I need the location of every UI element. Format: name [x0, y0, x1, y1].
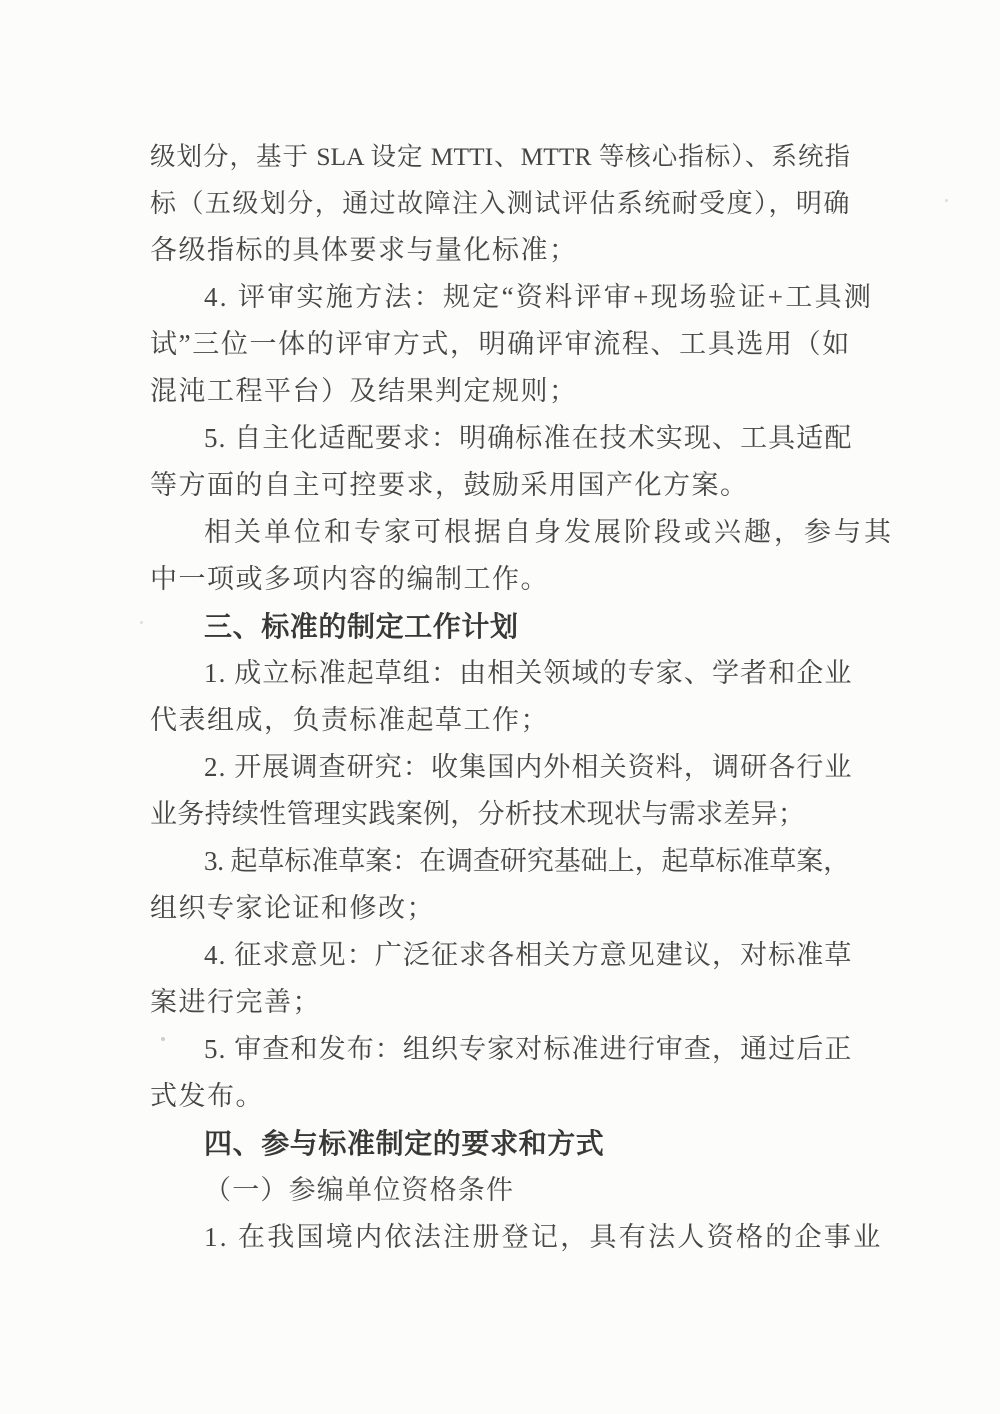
text-line: 5. 自主化适配要求：明确标准在技术实现、工具适配: [150, 415, 850, 462]
scan-speck: [140, 621, 143, 624]
text-line: 2. 开展调查研究：收集国内外相关资料，调研各行业: [150, 744, 850, 791]
text-line: 中一项或多项内容的编制工作。: [150, 556, 850, 603]
text-line: 各级指标的具体要求与量化标准；: [150, 227, 850, 274]
text-line: 1. 成立标准起草组：由相关领域的专家、学者和企业: [150, 650, 850, 697]
text-line: 等方面的自主可控要求，鼓励采用国产化方案。: [150, 462, 850, 509]
text-line: 案进行完善；: [150, 979, 850, 1026]
text-line: 混沌工程平台）及结果判定规则；: [150, 368, 850, 415]
text-line: 组织专家论证和修改；: [150, 885, 850, 932]
subsection-heading: （一）参编单位资格条件: [150, 1167, 850, 1214]
text-line: 相关单位和专家可根据自身发展阶段或兴趣，参与其: [150, 509, 850, 556]
text-line: 式发布。: [150, 1073, 850, 1120]
text-line: 4. 评审实施方法：规定“资料评审+现场验证+工具测: [150, 274, 850, 321]
scan-speck: [161, 1037, 165, 1041]
section-heading: 三、标准的制定工作计划: [150, 603, 850, 650]
document-text: 级划分，基于 SLA 设定 MTTI、MTTR 等核心指标）、系统指 标（五级划…: [150, 133, 850, 1261]
section-heading: 四、参与标准制定的要求和方式: [150, 1120, 850, 1167]
scan-speck: [945, 199, 948, 202]
text-line: 3. 起草标准草案：在调查研究基础上，起草标准草案，: [150, 838, 850, 885]
text-line: 5. 审查和发布：组织专家对标准进行审查，通过后正: [150, 1026, 850, 1073]
text-line: 代表组成，负责标准起草工作；: [150, 697, 850, 744]
text-line: 标（五级划分，通过故障注入测试评估系统耐受度），明确: [150, 180, 850, 227]
text-line: 4. 征求意见：广泛征求各相关方意见建议，对标准草: [150, 932, 850, 979]
text-line: 级划分，基于 SLA 设定 MTTI、MTTR 等核心指标）、系统指: [150, 133, 850, 180]
text-line: 试”三位一体的评审方式，明确评审流程、工具选用（如: [150, 321, 850, 368]
document-page: 级划分，基于 SLA 设定 MTTI、MTTR 等核心指标）、系统指 标（五级划…: [0, 0, 1000, 1414]
text-line: 业务持续性管理实践案例，分析技术现状与需求差异；: [150, 791, 850, 838]
text-line: 1. 在我国境内依法注册登记，具有法人资格的企事业: [150, 1214, 850, 1261]
